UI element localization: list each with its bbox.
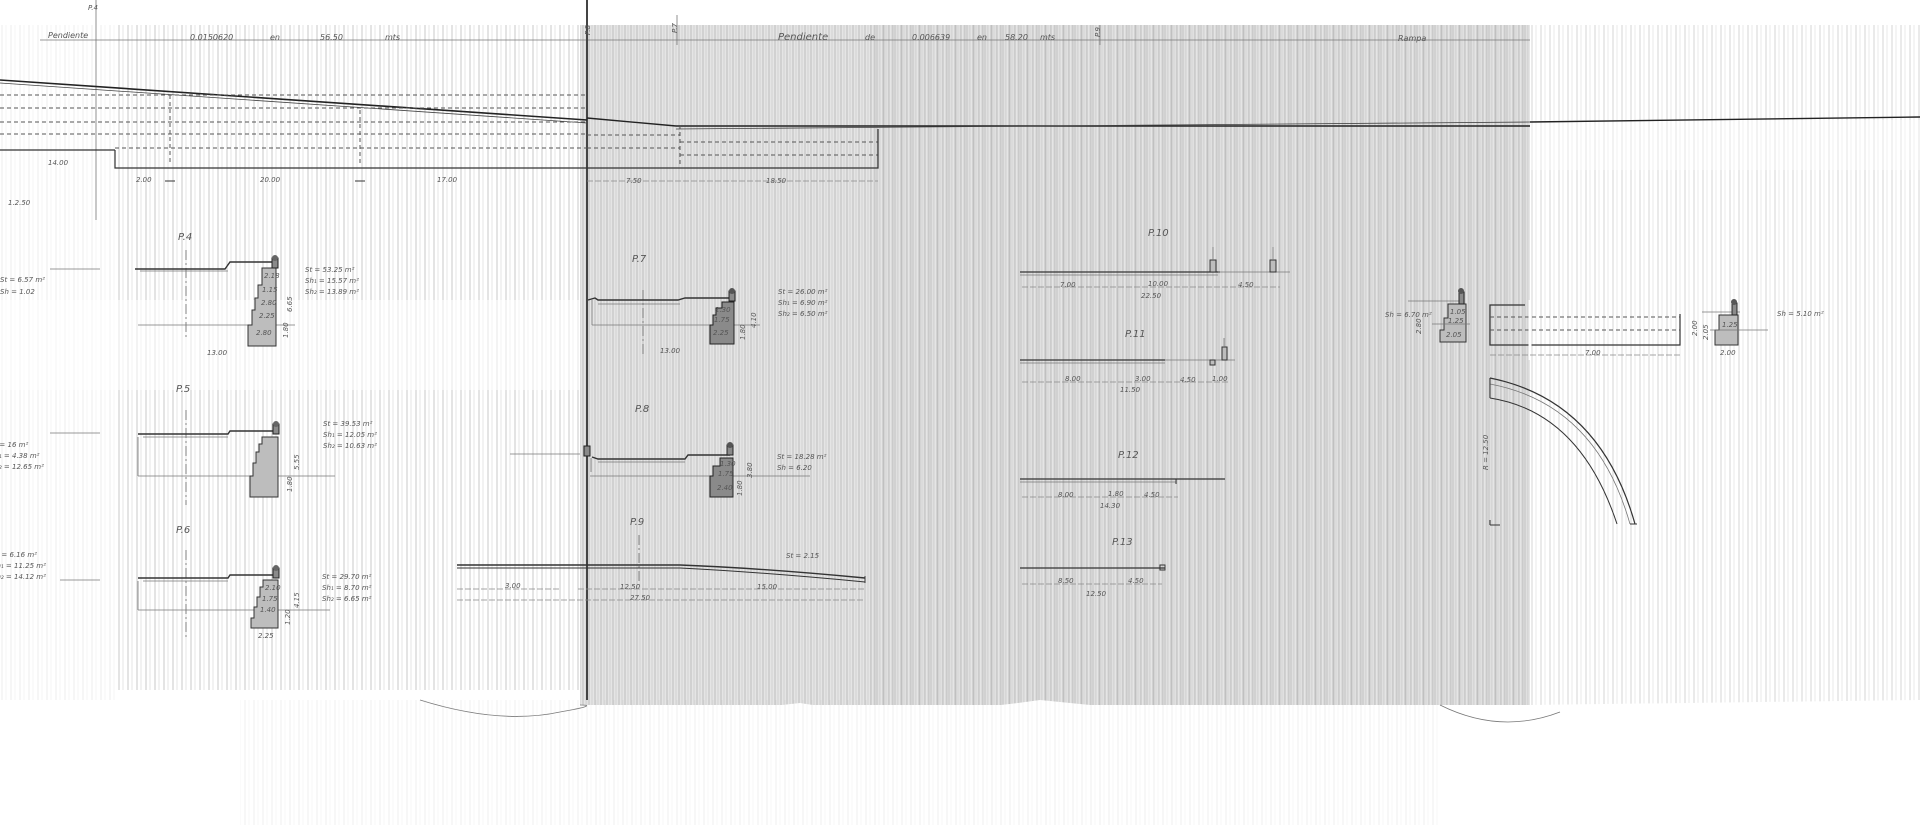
svg-text:7.00: 7.00 bbox=[1060, 281, 1076, 289]
svg-text:P.12: P.12 bbox=[1118, 450, 1139, 461]
svg-text:2.05: 2.05 bbox=[1446, 331, 1462, 339]
gradient-left-value: 0.0150620 bbox=[190, 33, 233, 42]
drawing-sheet: Pendiente 0.0150620 en 56.50 mts Pendien… bbox=[0, 0, 1920, 825]
svg-text:17.00: 17.00 bbox=[437, 176, 458, 184]
svg-text:St = 26.00 m²: St = 26.00 m² bbox=[778, 288, 828, 296]
svg-text:4.50: 4.50 bbox=[1144, 491, 1160, 499]
svg-text:St = 6.57 m²: St = 6.57 m² bbox=[0, 276, 45, 284]
svg-text:1.30: 1.30 bbox=[715, 306, 731, 314]
svg-text:2.00: 2.00 bbox=[1720, 349, 1736, 357]
svg-text:1.05: 1.05 bbox=[1450, 308, 1466, 316]
svg-text:Sh = 6.20: Sh = 6.20 bbox=[777, 464, 812, 472]
svg-text:2.80: 2.80 bbox=[1415, 318, 1423, 334]
area-st: St = 53.25 m² bbox=[305, 266, 355, 274]
svg-text:13.00: 13.00 bbox=[660, 347, 681, 355]
svg-text:14.00: 14.00 bbox=[48, 159, 69, 167]
svg-text:4.50: 4.50 bbox=[1180, 376, 1196, 384]
svg-text:St = 16 m²: St = 16 m² bbox=[0, 441, 28, 449]
svg-text:22.50: 22.50 bbox=[1141, 292, 1162, 300]
svg-text:1.20: 1.20 bbox=[284, 609, 292, 625]
svg-text:2.00: 2.00 bbox=[136, 176, 152, 184]
svg-text:P.10: P.10 bbox=[1148, 228, 1169, 239]
svg-text:Sh₂ = 6.65 m²: Sh₂ = 6.65 m² bbox=[322, 595, 372, 603]
svg-text:5.55: 5.55 bbox=[293, 454, 301, 470]
svg-text:P.6: P.6 bbox=[176, 525, 190, 536]
svg-text:6.65: 6.65 bbox=[286, 296, 294, 312]
gradient-mid-value: 0.006639 bbox=[912, 33, 950, 42]
svg-text:Sh = 6.70 m²: Sh = 6.70 m² bbox=[1385, 311, 1432, 319]
svg-text:27.50: 27.50 bbox=[630, 594, 651, 602]
svg-text:2.80: 2.80 bbox=[256, 329, 272, 337]
svg-text:7.00: 7.00 bbox=[1585, 349, 1601, 357]
svg-text:P.7: P.7 bbox=[632, 254, 647, 265]
svg-text:12.50: 12.50 bbox=[1086, 590, 1107, 598]
svg-text:2.25: 2.25 bbox=[258, 632, 274, 640]
svg-text:1.80: 1.80 bbox=[286, 476, 294, 492]
svg-text:P.9: P.9 bbox=[1094, 27, 1102, 37]
svg-text:Sh₂ = 14.12 m²: Sh₂ = 14.12 m² bbox=[0, 573, 46, 581]
gradient-left-label: Pendiente bbox=[48, 31, 88, 40]
svg-text:1.25: 1.25 bbox=[1722, 321, 1738, 329]
svg-text:en: en bbox=[270, 33, 280, 42]
gradient-mid-label: Pendiente bbox=[778, 32, 828, 43]
svg-text:Sh₁ = 11.25 m²: Sh₁ = 11.25 m² bbox=[0, 562, 46, 570]
svg-text:Sh₂ = 12.65 m²: Sh₂ = 12.65 m² bbox=[0, 463, 44, 471]
svg-text:P.5: P.5 bbox=[176, 384, 190, 395]
svg-text:Sh = 1.02: Sh = 1.02 bbox=[0, 288, 35, 296]
scan-texture bbox=[0, 0, 1920, 825]
gradient-mid-length: 58.20 bbox=[1005, 33, 1028, 42]
svg-text:11.50: 11.50 bbox=[1120, 386, 1141, 394]
svg-text:15.00: 15.00 bbox=[757, 583, 778, 591]
svg-text:2.80: 2.80 bbox=[261, 299, 277, 307]
svg-text:St = 6.16 m²: St = 6.16 m² bbox=[0, 551, 37, 559]
svg-text:4.50: 4.50 bbox=[1128, 577, 1144, 585]
svg-text:3.80: 3.80 bbox=[746, 462, 754, 478]
svg-text:1.25: 1.25 bbox=[1448, 317, 1464, 325]
svg-text:1.15: 1.15 bbox=[262, 286, 278, 294]
svg-text:P.7: P.7 bbox=[671, 23, 679, 33]
svg-text:St = 29.70 m²: St = 29.70 m² bbox=[322, 573, 372, 581]
svg-text:13.00: 13.00 bbox=[207, 349, 228, 357]
svg-text:4.50: 4.50 bbox=[1238, 281, 1254, 289]
svg-text:2.05: 2.05 bbox=[1702, 324, 1710, 340]
svg-text:en: en bbox=[977, 33, 987, 42]
section-title: P.4 bbox=[178, 232, 192, 243]
svg-text:1.75: 1.75 bbox=[262, 595, 278, 603]
svg-text:1.00: 1.00 bbox=[1212, 375, 1228, 383]
svg-text:12.50: 12.50 bbox=[620, 583, 641, 591]
svg-text:Sh₁ = 6.90 m²: Sh₁ = 6.90 m² bbox=[778, 299, 828, 307]
svg-text:3.00: 3.00 bbox=[505, 582, 521, 590]
svg-text:2.10: 2.10 bbox=[265, 584, 281, 592]
svg-text:Sh₁ = 4.38 m²: Sh₁ = 4.38 m² bbox=[0, 452, 40, 460]
svg-text:St = 18.28 m²: St = 18.28 m² bbox=[777, 453, 827, 461]
svg-text:2.25: 2.25 bbox=[259, 312, 275, 320]
svg-text:2.00: 2.00 bbox=[1691, 320, 1699, 336]
svg-text:4.10: 4.10 bbox=[750, 312, 758, 328]
svg-text:8.50: 8.50 bbox=[1058, 577, 1074, 585]
gradient-right-label: Rampa bbox=[1398, 34, 1426, 43]
svg-text:P.8: P.8 bbox=[584, 25, 592, 35]
svg-text:Sh₂ = 6.50 m²: Sh₂ = 6.50 m² bbox=[778, 310, 828, 318]
area-sh1: Sh₁ = 15.57 m² bbox=[305, 277, 359, 285]
svg-text:mts: mts bbox=[385, 33, 400, 42]
svg-text:2.18: 2.18 bbox=[264, 272, 280, 280]
svg-text:1.80: 1.80 bbox=[1108, 490, 1124, 498]
svg-text:Sh₂ = 10.63 m²: Sh₂ = 10.63 m² bbox=[323, 442, 377, 450]
area-sh2: Sh₂ = 13.89 m² bbox=[305, 288, 359, 296]
svg-text:14.30: 14.30 bbox=[1100, 502, 1121, 510]
svg-text:P.8: P.8 bbox=[635, 404, 649, 415]
svg-text:1.40: 1.40 bbox=[260, 606, 276, 614]
svg-text:10.00: 10.00 bbox=[1148, 280, 1169, 288]
svg-text:1.80: 1.80 bbox=[736, 480, 744, 496]
svg-text:1.2.50: 1.2.50 bbox=[8, 199, 31, 207]
svg-text:Sh₁ = 12.05 m²: Sh₁ = 12.05 m² bbox=[323, 431, 377, 439]
svg-text:P.13: P.13 bbox=[1112, 537, 1133, 548]
svg-text:1.80: 1.80 bbox=[739, 324, 747, 340]
svg-text:P.11: P.11 bbox=[1125, 329, 1146, 340]
svg-text:mts: mts bbox=[1040, 33, 1055, 42]
svg-text:8.00: 8.00 bbox=[1058, 491, 1074, 499]
svg-text:2.40: 2.40 bbox=[717, 484, 733, 492]
gradient-left-length: 56.50 bbox=[320, 33, 343, 42]
svg-text:Sh = 5.10 m²: Sh = 5.10 m² bbox=[1777, 310, 1824, 318]
svg-text:1.75: 1.75 bbox=[714, 316, 730, 324]
svg-text:Sh₁ = 8.70 m²: Sh₁ = 8.70 m² bbox=[322, 584, 372, 592]
svg-text:20.00: 20.00 bbox=[260, 176, 281, 184]
svg-text:3.00: 3.00 bbox=[1135, 375, 1151, 383]
svg-text:de: de bbox=[865, 33, 875, 42]
svg-text:St = 39.53 m²: St = 39.53 m² bbox=[323, 420, 373, 428]
svg-text:2.25: 2.25 bbox=[713, 329, 729, 337]
svg-text:1.30: 1.30 bbox=[720, 460, 736, 468]
svg-text:1.75: 1.75 bbox=[718, 470, 734, 478]
svg-text:1.80: 1.80 bbox=[282, 322, 290, 338]
svg-text:8.00: 8.00 bbox=[1065, 375, 1081, 383]
svg-text:P.4: P.4 bbox=[88, 4, 98, 12]
svg-text:4.15: 4.15 bbox=[293, 592, 301, 608]
svg-text:St = 2.15: St = 2.15 bbox=[786, 552, 820, 560]
svg-text:P.9: P.9 bbox=[630, 517, 644, 528]
svg-text:R = 12.50: R = 12.50 bbox=[1482, 434, 1490, 470]
